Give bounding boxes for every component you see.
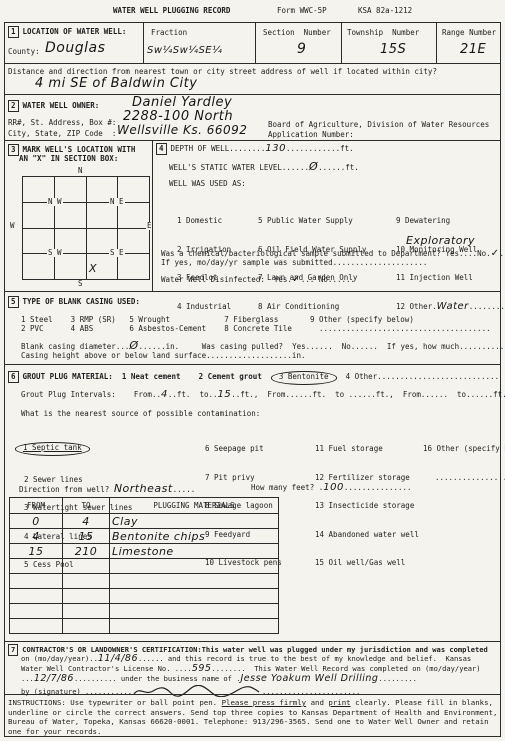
cell-to: 210 — [75, 545, 98, 558]
contam-option-12: 12 Fertilizer storage — [315, 473, 419, 483]
section6-grout-box: 6GROUT PLUG MATERIAL: 1 Neat cement 2 Ce… — [4, 364, 501, 642]
cell-material — [110, 559, 279, 574]
city-label: City, State, ZIP Code : — [8, 129, 116, 139]
section5-number: 5 — [8, 296, 19, 308]
cell-material: Bentonite chips — [112, 530, 205, 543]
section1-number: 1 — [8, 26, 19, 38]
feet-label: How many feet? . — [251, 483, 323, 492]
contam-option-1: 1 Septic tank — [23, 443, 82, 452]
section2-owner-box: 2WATER WELL OWNER: Daniel Yardley RR#, S… — [4, 94, 501, 141]
section-number-label: Section Number — [263, 28, 331, 38]
cell-material: Limestone — [112, 545, 174, 558]
county-label: County: — [8, 47, 40, 57]
used-option-11: 11 Injection Well — [396, 273, 505, 283]
address-label: RR#, St. Address, Box #: — [8, 118, 116, 128]
section-grid: N W N E S W S E X — [22, 176, 150, 280]
cell-from — [10, 589, 63, 604]
grid-label-south: S — [77, 280, 84, 288]
cell-to — [63, 574, 110, 589]
contam-option-7: 7 Pit privy — [205, 473, 282, 483]
page-title: WATER WELL PLUGGING RECORD — [113, 6, 230, 16]
range-value: 21E — [460, 43, 486, 56]
range-label: Range Number — [442, 28, 496, 38]
cell-to — [63, 589, 110, 604]
section3-number: 3 — [8, 144, 19, 156]
grout-other-trail: 4 Other........................... — [337, 372, 500, 381]
plugging-materials-table: FROM TO PLUGGING MATERIALS 0 4 Clay 4 15… — [9, 497, 279, 634]
casing-height-line: Casing height above or below land surfac… — [21, 351, 305, 361]
cert-line4-a: ... — [21, 674, 34, 683]
used-option-5: 5 Public Water Supply — [258, 216, 366, 226]
grid-label-west: W — [9, 222, 16, 230]
form-number: Form WWC-5P — [277, 6, 327, 16]
section5-title: TYPE OF BLANK CASING USED: — [23, 297, 140, 306]
cell-from: 15 — [29, 545, 44, 558]
cell-from: 4 — [32, 530, 40, 543]
township-value: 15S — [380, 43, 406, 56]
table-row — [10, 589, 279, 604]
interval-from-value: 4 — [161, 389, 168, 400]
record-date-value: 12/7/86 — [34, 673, 74, 684]
casing-diameter-trail: ......in. Was casing pulled? Yes...... N… — [139, 342, 505, 351]
contamination-col3: 11 Fuel storage 12 Fertilizer storage 13… — [315, 425, 419, 587]
table-row: 15 210 Limestone — [10, 544, 279, 559]
used-as-label: WELL WAS USED AS: — [169, 179, 246, 189]
county-value: Douglas — [45, 41, 105, 55]
plugged-date-value: 11/4/86 — [98, 653, 138, 664]
grid-label-southeast: S E — [109, 249, 125, 257]
cell-from — [10, 559, 63, 574]
grid-label-north: N — [77, 167, 84, 175]
depth-label: DEPTH OF WELL........ — [171, 144, 266, 153]
cert-line3-a: Water Well Contractor's License No. .... — [21, 664, 192, 673]
sample-date-label: If yes, mo/day/yr sample was submitted..… — [161, 258, 427, 268]
cell-to — [63, 604, 110, 619]
owner-value: Daniel Yardley — [132, 96, 232, 109]
instructions-underline-2: print — [328, 698, 350, 707]
cert-line3-b: ........ This Water Well Record was comp… — [211, 664, 480, 673]
sample-no-check: ✓ — [491, 248, 500, 259]
well-location-x-mark: X — [89, 263, 97, 274]
table-row — [10, 574, 279, 589]
grid-label-southwest: S W — [47, 249, 63, 257]
contam-option-11: 11 Fuel storage — [315, 444, 419, 454]
static-level-trail: ......ft. — [318, 163, 359, 172]
fraction-value: Sw¼Sw¼SE¼ — [147, 46, 222, 56]
cell-to — [63, 619, 110, 634]
cell-to: 15 — [79, 530, 94, 543]
contamination-col4: 16 Other (specify below) ...............… — [423, 425, 505, 501]
interval-trail: ..ft., From......ft. to ......ft., From.… — [231, 390, 505, 399]
used-other-value-line2: Exploratory — [406, 235, 475, 246]
interval-to-value: 15 — [218, 389, 232, 400]
cell-from — [10, 574, 63, 589]
depth-trail: ............ft. — [286, 144, 354, 153]
interval-mid: ..ft. to.. — [168, 390, 218, 399]
instructions-part-b: and — [306, 698, 328, 707]
static-level-label: WELL'S STATIC WATER LEVEL...... — [169, 163, 309, 172]
distance-box: Distance and direction from nearest town… — [4, 63, 501, 95]
casing-options-line2: 2 PVC 4 ABS 6 Asbestos-Cement 8 Concrete… — [21, 324, 491, 334]
grid-label-northeast: N E — [109, 198, 125, 206]
col-header-materials: PLUGGING MATERIALS — [110, 498, 279, 514]
sample-question: Was a chemical/bacteriological sample su… — [161, 249, 491, 258]
table-row: 4 15 Bentonite chips — [10, 529, 279, 544]
grout-bentonite-circled: 3 Bentonite — [271, 371, 337, 385]
form-page: WATER WELL PLUGGING RECORD Form WWC-5P K… — [0, 0, 505, 741]
cert-line4-c: ......... — [378, 674, 416, 683]
contamination-question: What is the nearest source of possible c… — [21, 409, 260, 419]
license-number-value: 595 — [192, 663, 212, 674]
disinfected-label: Water Well Disinfected: Yes. — [161, 275, 292, 284]
cell-from — [10, 604, 63, 619]
feet-trail: ............... — [344, 483, 412, 492]
section4-well-details-box: 4DEPTH OF WELL........130............ft.… — [152, 140, 501, 292]
septic-tank-circled: 1 Septic tank — [15, 442, 90, 456]
direction-value: Northeast — [114, 482, 173, 495]
section5-casing-box: 5TYPE OF BLANK CASING USED: 1 Steel 3 RM… — [4, 291, 501, 365]
cell-material — [110, 604, 279, 619]
grout-intervals-label: Grout Plug Intervals: From.. — [21, 390, 161, 399]
cell-from: 0 — [32, 515, 40, 528]
static-level-value: Ø — [309, 160, 318, 173]
cert-line4-b: .......... under the business name of . — [74, 674, 241, 683]
direction-label: Direction from well? — [19, 485, 114, 494]
section3-location-grid-box: 3MARK WELL'S LOCATION WITH AN "X" IN SEC… — [4, 140, 153, 292]
address-value: 2288-100 North — [123, 110, 233, 123]
agency-label: Board of Agriculture, Division of Water … — [268, 120, 489, 130]
instructions-text: INSTRUCTIONS: Use typewriter or ball poi… — [8, 698, 498, 736]
cert-line2-a: on (mo/day/year).. — [21, 654, 98, 663]
contam-option-14: 14 Abandoned water well — [315, 530, 419, 540]
section1-location-box: 1LOCATION OF WATER WELL: County: Douglas… — [4, 22, 501, 64]
sample-question-trail: .. — [500, 249, 505, 258]
section4-number: 4 — [156, 143, 167, 155]
owner-label: WATER WELL OWNER: — [23, 101, 100, 110]
disinfected-trail: ... No...... — [301, 275, 355, 284]
contam-option-15: 15 Oil well/Gas well — [315, 558, 419, 568]
certification-line1: CONTRACTOR'S OR LANDOWNER'S CERTIFICATIO… — [22, 645, 488, 654]
direction-trail: ..... — [173, 485, 196, 494]
cell-material — [110, 574, 279, 589]
used-option-9: 9 Dewatering — [396, 216, 505, 226]
section3-title-line2: AN "X" IN SECTION BOX: — [19, 154, 118, 164]
table-header-row: FROM TO PLUGGING MATERIALS — [10, 498, 279, 514]
grid-label-northwest: N W — [47, 198, 63, 206]
table-row — [10, 619, 279, 634]
cell-material — [110, 589, 279, 604]
fraction-label: Fraction — [151, 28, 187, 38]
section2-number: 2 — [8, 100, 19, 112]
instructions-box: INSTRUCTIONS: Use typewriter or ball poi… — [4, 694, 501, 737]
col-header-from: FROM — [10, 498, 63, 514]
col-header-to: TO — [63, 498, 110, 514]
section1-title: LOCATION OF WATER WELL: — [23, 27, 127, 36]
township-label: Township Number — [347, 28, 419, 38]
business-name-value: Jesse Yoakum Well Drilling — [241, 673, 379, 684]
section7-certification-box: 7CONTRACTOR'S OR LANDOWNER'S CERTIFICATI… — [4, 641, 501, 695]
section3-title-line1: MARK WELL'S LOCATION WITH — [23, 145, 136, 154]
cert-line2-b: ...... and this record is true to the be… — [138, 654, 471, 663]
instructions-part-a: INSTRUCTIONS: Use typewriter or ball poi… — [8, 698, 222, 707]
casing-diameter-label: Blank casing diameter... — [21, 342, 129, 351]
cell-to: 4 — [82, 515, 90, 528]
feet-value: 100 — [323, 482, 344, 493]
contam-option-16: 16 Other (specify below) — [423, 444, 505, 454]
contam-option-6: 6 Seepage pit — [205, 444, 282, 454]
disinfected-yes-check: ✓ — [292, 274, 301, 285]
application-number-label: Application Number: — [268, 130, 354, 140]
distance-value: 4 mi SE of Baldwin City — [35, 77, 197, 90]
cell-from — [10, 619, 63, 634]
city-value: Wellsville Ks. 66092 — [117, 124, 247, 136]
grout-material-label: GROUT PLUG MATERIAL: 1 Neat cement 2 Cem… — [23, 372, 271, 381]
table-row: 0 4 Clay — [10, 514, 279, 529]
table-row — [10, 559, 279, 574]
section7-number: 7 — [8, 644, 18, 656]
cell-to — [63, 559, 110, 574]
depth-value: 130 — [265, 143, 286, 154]
contam-option-16-dots: ......................... — [423, 473, 505, 483]
cell-material: Clay — [112, 515, 138, 528]
section6-number: 6 — [8, 371, 19, 383]
statute-number: KSA 82a-1212 — [358, 6, 412, 16]
section-number-value: 9 — [297, 42, 306, 56]
cell-material — [110, 619, 279, 634]
contam-option-13: 13 Insecticide storage — [315, 501, 419, 511]
table-row — [10, 604, 279, 619]
instructions-underline-1: Please press firmly — [222, 698, 307, 707]
used-option-1: 1 Domestic — [177, 216, 231, 226]
